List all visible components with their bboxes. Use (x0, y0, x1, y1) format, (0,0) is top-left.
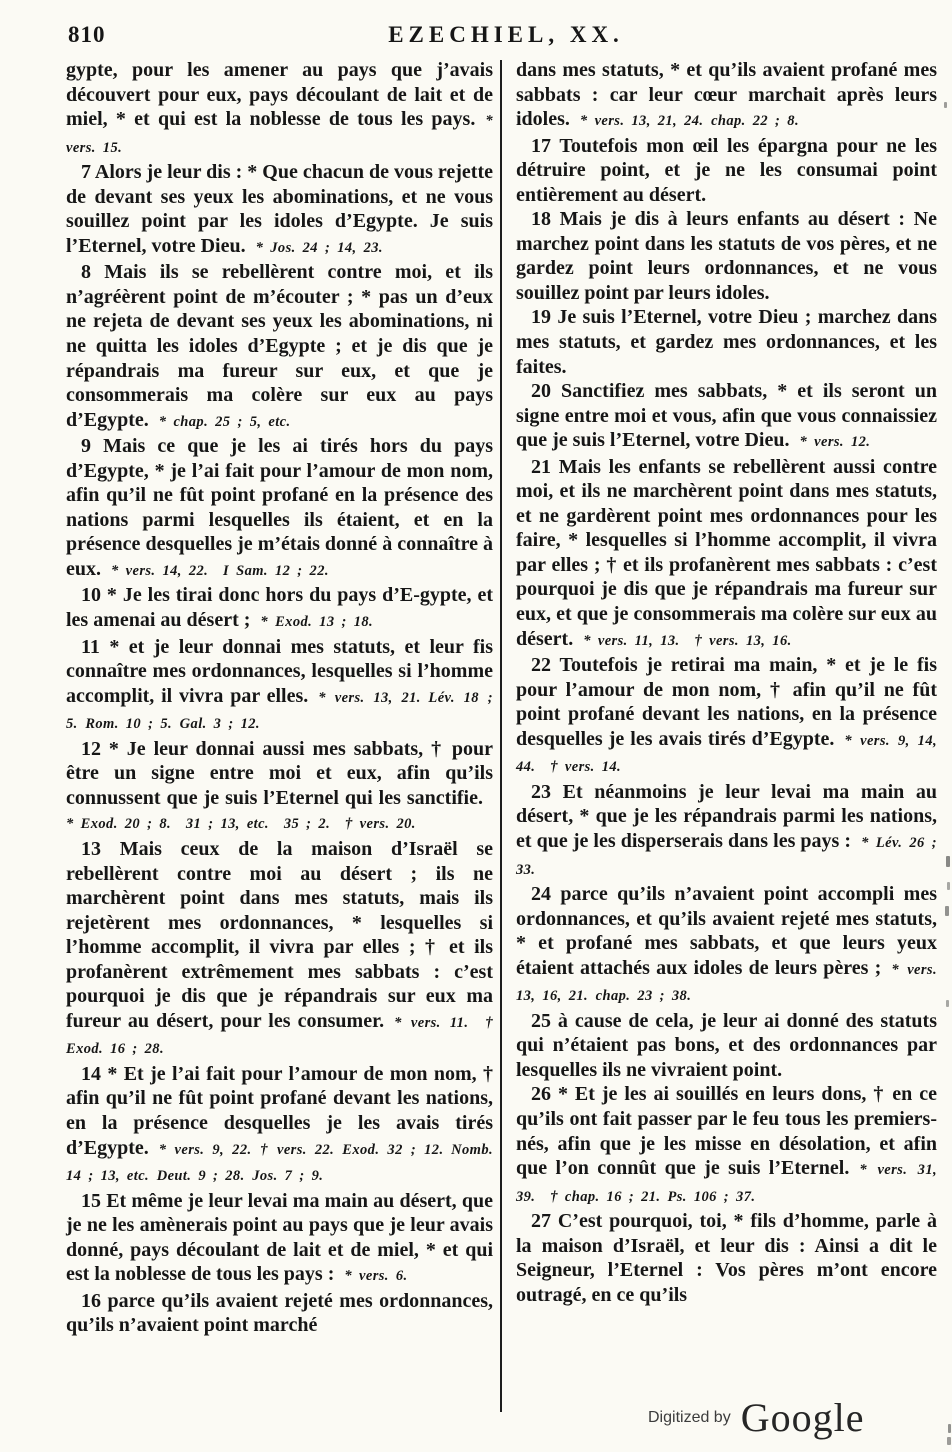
cross-reference: * Exod. 13 ; 18. (260, 614, 373, 630)
scan-artifact (946, 1000, 949, 1007)
verse-paragraph: 9 Mais ce que je les ai tirés hors du pa… (66, 434, 493, 583)
verse-text: 16 parce qu’ils avaient rejeté mes ordon… (66, 1290, 493, 1337)
verse-paragraph: 15 Et même je leur levai ma main au dése… (66, 1189, 493, 1289)
verse-paragraph: 26 * Et je les ai souillés en leurs dons… (516, 1082, 937, 1209)
column-divider (500, 60, 502, 1412)
verse-paragraph: 14 * Et je l’ai fait pour l’amour de mon… (66, 1062, 493, 1189)
scanned-book-page: 810 EZECHIEL, XX. gypte, pour les amener… (0, 0, 952, 1452)
verse-paragraph: 20 Sanctifiez mes sabbats, * et ils sero… (516, 379, 937, 455)
verse-text: 18 Mais je dis à leurs enfants au désert… (516, 208, 937, 304)
scan-artifact (948, 1424, 951, 1433)
verse-text: 17 Toutefois mon œil les épargna pour ne… (516, 135, 937, 206)
scan-artifact (947, 882, 950, 890)
text-column-left: gypte, pour les amener au pays que j’ava… (66, 58, 493, 1338)
verse-text: 19 Je suis l’Eternel, votre Dieu ; march… (516, 306, 937, 377)
verse-paragraph: 13 Mais ceux de la maison d’Israël se re… (66, 837, 493, 1062)
verse-text: 12 * Je leur donnai aussi mes sabbats, †… (66, 738, 493, 809)
verse-paragraph: 17 Toutefois mon œil les épargna pour ne… (516, 134, 937, 208)
verse-paragraph: 10 * Je les tirai donc hors du pays d’E-… (66, 583, 493, 634)
scan-artifact (946, 856, 950, 867)
verse-paragraph: 22 Toutefois je retirai ma main, * et je… (516, 653, 937, 780)
verse-paragraph: 16 parce qu’ils avaient rejeté mes ordon… (66, 1289, 493, 1338)
cross-reference: * vers. 13, 21, 24. chap. 22 ; 8. (580, 113, 799, 129)
scan-artifact (944, 102, 947, 108)
verse-paragraph: 24 parce qu’ils n’avaient point accompli… (516, 882, 937, 1009)
google-logo: Google (741, 1398, 865, 1438)
verse-paragraph: dans mes statuts, * et qu’ils avaient pr… (516, 58, 937, 134)
scan-artifact (945, 906, 949, 916)
scan-artifact (947, 1437, 951, 1445)
verse-paragraph: 8 Mais ils se rebellèrent contre moi, et… (66, 260, 493, 434)
verse-paragraph: 19 Je suis l’Eternel, votre Dieu ; march… (516, 305, 937, 379)
cross-reference: * vers. 14, 22. I Sam. 12 ; 22. (111, 563, 329, 579)
cross-reference: * Jos. 24 ; 14, 23. (256, 240, 383, 256)
verse-paragraph: 7 Alors je leur dis : * Que chacun de vo… (66, 160, 493, 260)
verse-text: 24 parce qu’ils n’avaient point accompli… (516, 883, 937, 979)
digitized-by-label: Digitized by (648, 1409, 731, 1427)
text-column-right: dans mes statuts, * et qu’ils avaient pr… (516, 58, 937, 1307)
cross-reference: * vers. 6. (344, 1268, 407, 1284)
footer: Digitized by Google (648, 1398, 864, 1438)
verse-paragraph: 27 C’est pourquoi, toi, * fils d’homme, … (516, 1209, 937, 1307)
verse-paragraph: 11 * et je leur donnai mes statuts, et l… (66, 635, 493, 737)
verse-text: 20 Sanctifiez mes sabbats, * et ils sero… (516, 380, 937, 451)
verse-text: 9 Mais ce que je les ai tirés hors du pa… (66, 435, 493, 580)
verse-text: 25 à cause de cela, je leur ai donné des… (516, 1010, 937, 1081)
verse-text: 21 Mais les enfants se rebellèrent aussi… (516, 456, 937, 650)
verse-text: 27 C’est pourquoi, toi, * fils d’homme, … (516, 1210, 937, 1306)
verse-text: 13 Mais ceux de la maison d’Israël se re… (66, 838, 493, 1032)
page-title: EZECHIEL, XX. (60, 22, 952, 48)
cross-reference: * vers. 11, 13. † vers. 13, 16. (583, 633, 791, 649)
verse-text: 15 Et même je leur levai ma main au dése… (66, 1190, 493, 1286)
verse-paragraph: 21 Mais les enfants se rebellèrent aussi… (516, 455, 937, 653)
cross-reference: * vers. 12. (800, 434, 871, 450)
verse-paragraph: 18 Mais je dis à leurs enfants au désert… (516, 207, 937, 305)
verse-paragraph: 23 Et néanmoins je leur levai ma main au… (516, 780, 937, 882)
verse-paragraph: 25 à cause de cela, je leur ai donné des… (516, 1009, 937, 1083)
verse-paragraph: 12 * Je leur donnai aussi mes sabbats, †… (66, 737, 493, 837)
verse-text: 8 Mais ils se rebellèrent contre moi, et… (66, 261, 493, 430)
cross-reference: * Exod. 20 ; 8. 31 ; 13, etc. 35 ; 2. † … (66, 816, 416, 832)
verse-text: gypte, pour les amener au pays que j’ava… (66, 59, 493, 130)
verse-paragraph: gypte, pour les amener au pays que j’ava… (66, 58, 493, 160)
cross-reference: * chap. 25 ; 5, etc. (159, 414, 291, 430)
